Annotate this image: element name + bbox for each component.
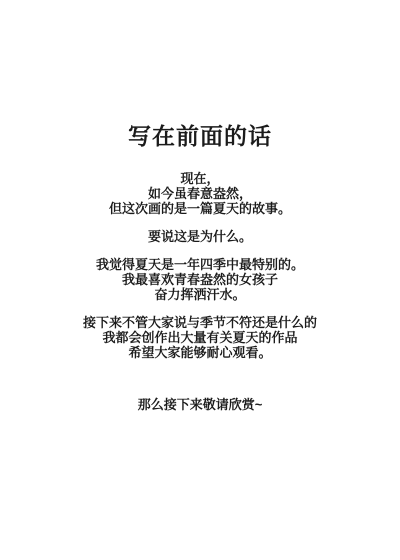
paragraph-question: 要说这是为什么。 [0,229,400,244]
paragraph-line: 奋力挥洒汗水。 [0,287,400,302]
paragraph-intro: 现在， 如今虽春意盎然， 但这次画的是一篇夏天的故事。 [0,171,400,216]
paragraph-line: 我都会创作出大量有关夏天的作品 [0,330,400,345]
paragraph-line: 我最喜欢青春盎然的女孩子 [0,272,400,287]
page-title: 写在前面的话 [0,123,400,149]
paragraph-line: 如今虽春意盎然， [0,186,400,201]
paragraph-line: 我觉得夏天是一年四季中最特别的。 [0,257,400,272]
paragraph-reason: 我觉得夏天是一年四季中最特别的。 我最喜欢青春盎然的女孩子 奋力挥洒汗水。 [0,257,400,302]
paragraph-plan: 接下来不管大家说与季节不符还是什么的 我都会创作出大量有关夏天的作品 希望大家能… [0,315,400,360]
paragraph-line: 希望大家能够耐心观看。 [0,345,400,360]
preface-page: 写在前面的话 现在， 如今虽春意盎然， 但这次画的是一篇夏天的故事。 要说这是为… [0,0,400,560]
paragraph-line: 现在， [0,171,400,186]
paragraph-line: 接下来不管大家说与季节不符还是什么的 [0,315,400,330]
closing-line: 那么接下来敬请欣赏~ [0,397,400,412]
paragraph-line: 但这次画的是一篇夏天的故事。 [0,201,400,216]
paragraph-line: 要说这是为什么。 [0,229,400,244]
